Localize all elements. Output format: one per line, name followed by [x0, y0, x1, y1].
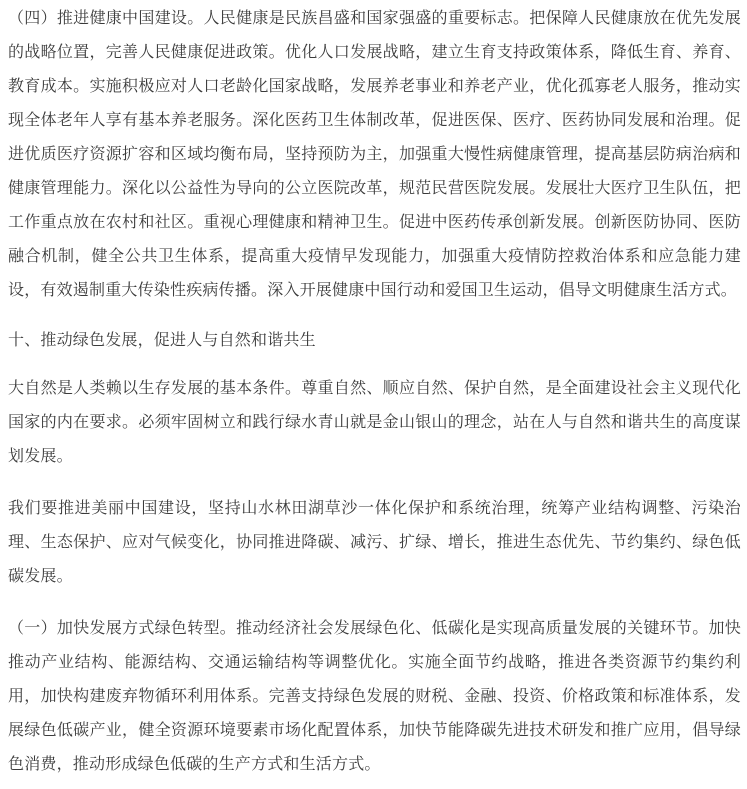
paragraph-health-china: （四）推进健康中国建设。人民健康是民族昌盛和国家强盛的重要标志。把保障人民健康放…	[8, 0, 741, 307]
paragraph-beautiful-china: 我们要推进美丽中国建设，坚持山水林田湖草沙一体化保护和系统治理，统筹产业结构调整…	[8, 491, 741, 593]
article-body: （四）推进健康中国建设。人民健康是民族昌盛和国家强盛的重要标志。把保障人民健康放…	[0, 0, 747, 781]
section-heading-green-development: 十、推动绿色发展，促进人与自然和谐共生	[8, 323, 741, 357]
paragraph-green-transformation: （一）加快发展方式绿色转型。推动经济社会发展绿色化、低碳化是实现高质量发展的关键…	[8, 611, 741, 781]
paragraph-nature-intro: 大自然是人类赖以生存发展的基本条件。尊重自然、顺应自然、保护自然，是全面建设社会…	[8, 371, 741, 473]
